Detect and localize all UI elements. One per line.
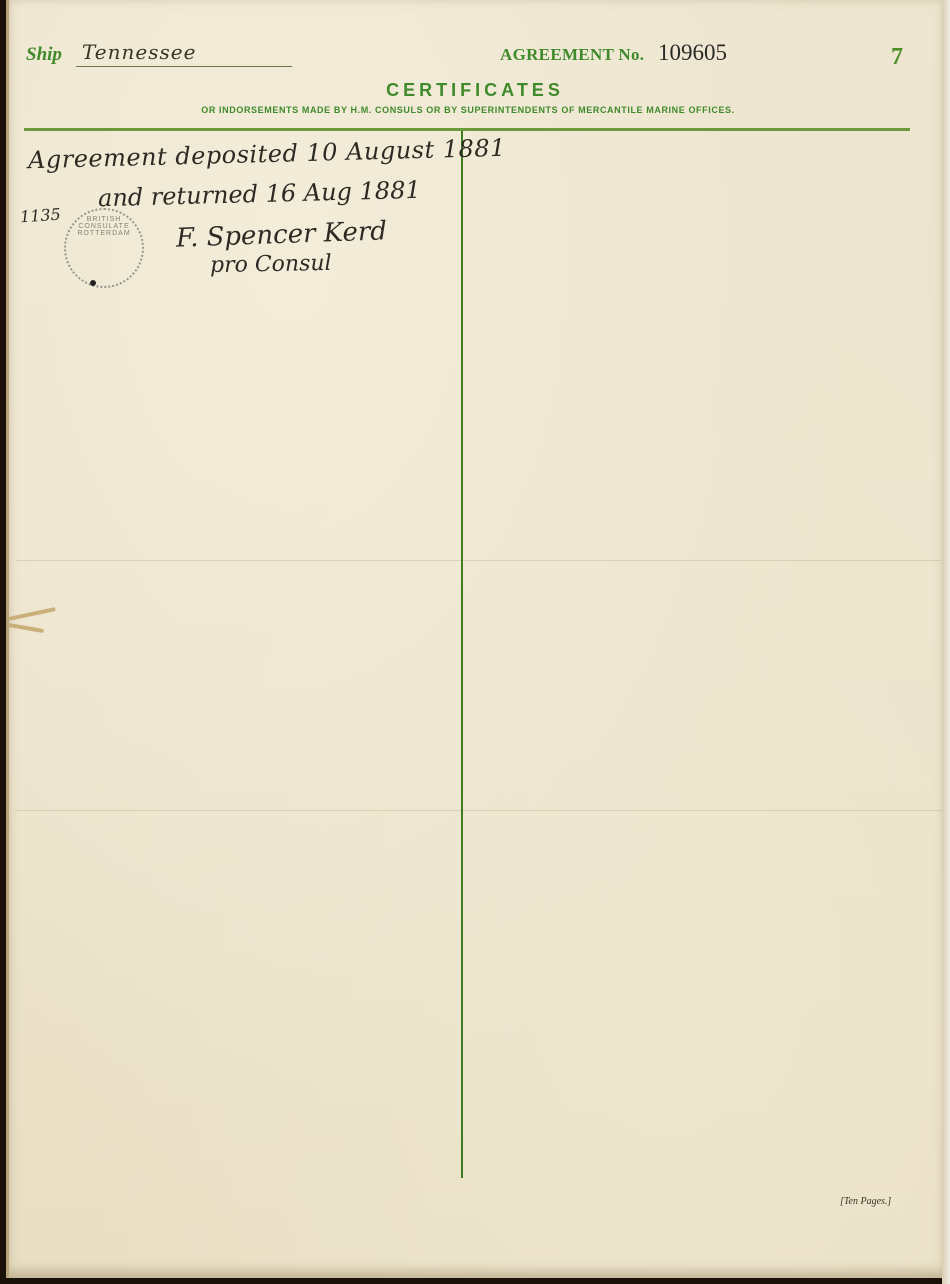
column-divider [461, 131, 463, 1178]
stamp-text: BRITISH CONSULATE ROTTERDAM [66, 216, 142, 237]
margin-number: 1135 [19, 205, 61, 227]
signature-title: pro Consul [210, 251, 332, 278]
agreement-label: AGREEMENT No. [500, 45, 644, 65]
page-edge [942, 0, 950, 1284]
page-count-note: [Ten Pages.] [840, 1196, 891, 1207]
stamp-dot [90, 280, 96, 286]
agreement-number: 109605 [658, 40, 727, 66]
paper-fold [15, 560, 950, 561]
paper-fold [15, 810, 950, 811]
header-rule [24, 128, 910, 131]
ship-name-underline [76, 66, 292, 67]
page-number: 7 [891, 44, 903, 71]
page-subtitle: OR INDORSEMENTS MADE BY H.M. CONSULS OR … [0, 105, 936, 115]
ship-name-handwritten: Tennessee [82, 40, 196, 64]
ship-label: Ship [26, 44, 62, 66]
consulate-stamp-icon: BRITISH CONSULATE ROTTERDAM [64, 208, 144, 288]
page-title: CERTIFICATES [0, 80, 950, 101]
